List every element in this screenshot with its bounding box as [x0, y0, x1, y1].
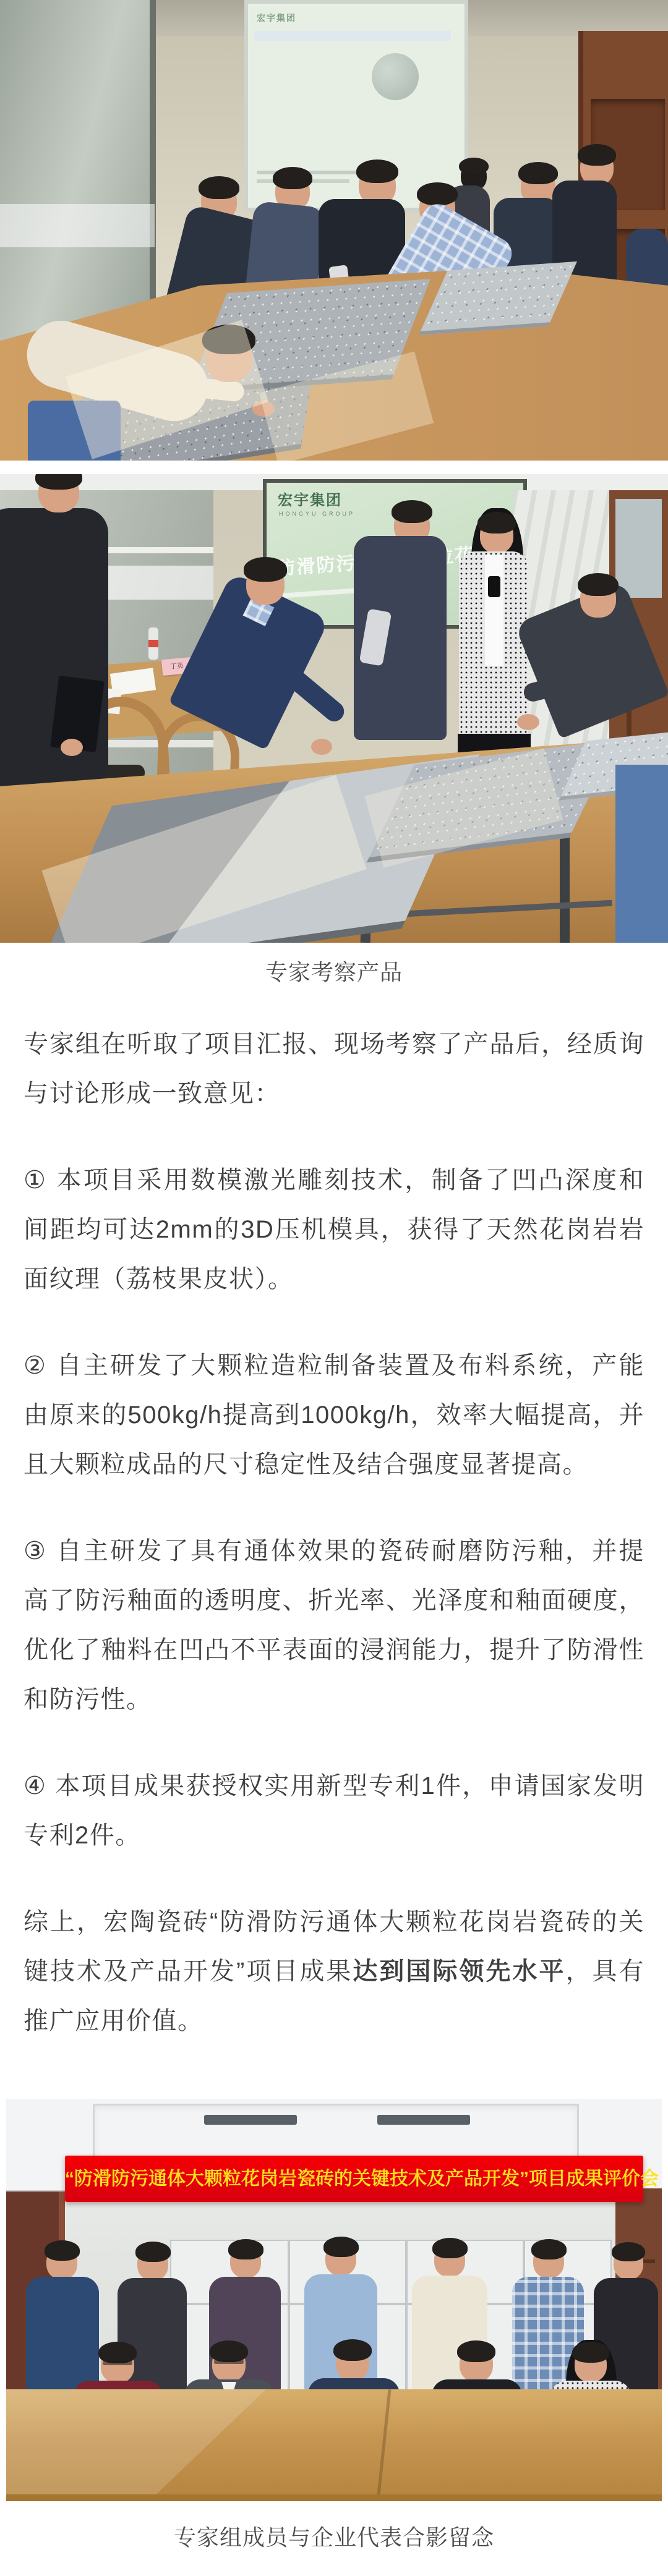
person-head-bending [580, 579, 616, 618]
jeans-right [615, 765, 668, 943]
window-glass [615, 499, 662, 598]
person-head [38, 474, 79, 512]
hand [517, 714, 539, 730]
photo-caption-2: 专家组成员与企业代表合影留念 [0, 2524, 668, 2551]
glasses [103, 2361, 132, 2365]
screen-logo-subtext: HONGYU GROUP [279, 510, 355, 517]
paragraph-conclusion: 综上，宏陶瓷砖“防滑防污通体大颗粒花岗岩瓷砖的关键技术及产品开发”项目成果达到国… [24, 1897, 644, 2046]
projected-window-bar [254, 31, 451, 41]
paragraph-point-4: ④ 本项目成果获授权实用新型专利1件，申请国家发明专利2件。 [24, 1761, 644, 1860]
bottle-label [148, 640, 158, 647]
hand [311, 739, 332, 755]
glass-mullion [288, 2240, 290, 2395]
article-body: 专家组在听取了项目汇报、现场考察了产品后，经质询与讨论形成一致意见： ① 本项目… [0, 1019, 668, 2046]
table-leg-metal [560, 836, 570, 943]
hand [61, 739, 83, 756]
person-head [480, 517, 513, 553]
glasses [214, 2360, 244, 2364]
glass-frost-band [0, 204, 155, 247]
article-page: 宏宇集团 [0, 0, 668, 2576]
person-head [230, 2245, 261, 2278]
table-front-edge [6, 2494, 662, 2501]
event-banner: “防滑防污通体大颗粒花岗岩瓷砖的关键技术及产品开发”项目成果评价会 [65, 2156, 643, 2202]
photo-experts-inspecting-2[interactable]: 宏宇集团 HONGYU GROUP 防滑防污通体大颗粒花岗岩瓷砖的 丁英 方亮 [0, 474, 668, 943]
photo-experts-inspecting-1[interactable]: 宏宇集团 [0, 0, 668, 461]
person-head [336, 2345, 369, 2381]
photo-caption-1: 专家考察产品 [0, 959, 668, 986]
paragraph-intro: 专家组在听取了项目汇报、现场考察了产品后，经质询与讨论形成一致意见： [24, 1019, 644, 1118]
person-head [434, 2243, 465, 2277]
projected-globe [372, 53, 419, 100]
glass-mullion [405, 2240, 408, 2395]
paragraph-point-1: ① 本项目采用数模激光雕刻技术，制备了凹凸深度和间距均可达2mm的3D压机模具，… [24, 1155, 644, 1304]
white-shirt-strip [485, 555, 503, 666]
paragraph-point-3: ③ 自主研发了具有通体效果的瓷砖耐磨防污釉，并提高了防污釉面的透明度、折光率、光… [24, 1526, 644, 1724]
person-head [137, 2247, 168, 2281]
photo-group-portrait[interactable]: “防滑防污通体大颗粒花岗岩瓷砖的关键技术及产品开发”项目成果评价会 [6, 2099, 662, 2501]
screen-logo-text: 宏宇集团 [278, 493, 342, 509]
person-head [533, 2245, 564, 2278]
person-head [460, 2346, 493, 2382]
ceiling-vent [204, 2115, 297, 2125]
screen-logo-text: 宏宇集团 [257, 10, 296, 26]
person-head [325, 2242, 356, 2276]
paragraph-point-2: ② 自主研发了大颗粒造粒制备装置及布料系统，产能由原来的500kg/h提高到10… [24, 1341, 644, 1489]
person-head [101, 2347, 134, 2383]
person-head [212, 2346, 246, 2382]
ceiling-vent [377, 2115, 470, 2125]
conclusion-highlight: 达到国际领先水平 [353, 1958, 565, 1985]
person-head [46, 2246, 77, 2279]
person-head [614, 2247, 643, 2279]
person-navy-polo [26, 2277, 99, 2394]
person-head-bending [246, 564, 285, 605]
person-head [575, 2347, 607, 2382]
event-banner-text: “防滑防污通体大颗粒花岗岩瓷砖的关键技术及产品开发”项目成果评价会 [65, 2156, 659, 2202]
black-bow [488, 576, 500, 597]
